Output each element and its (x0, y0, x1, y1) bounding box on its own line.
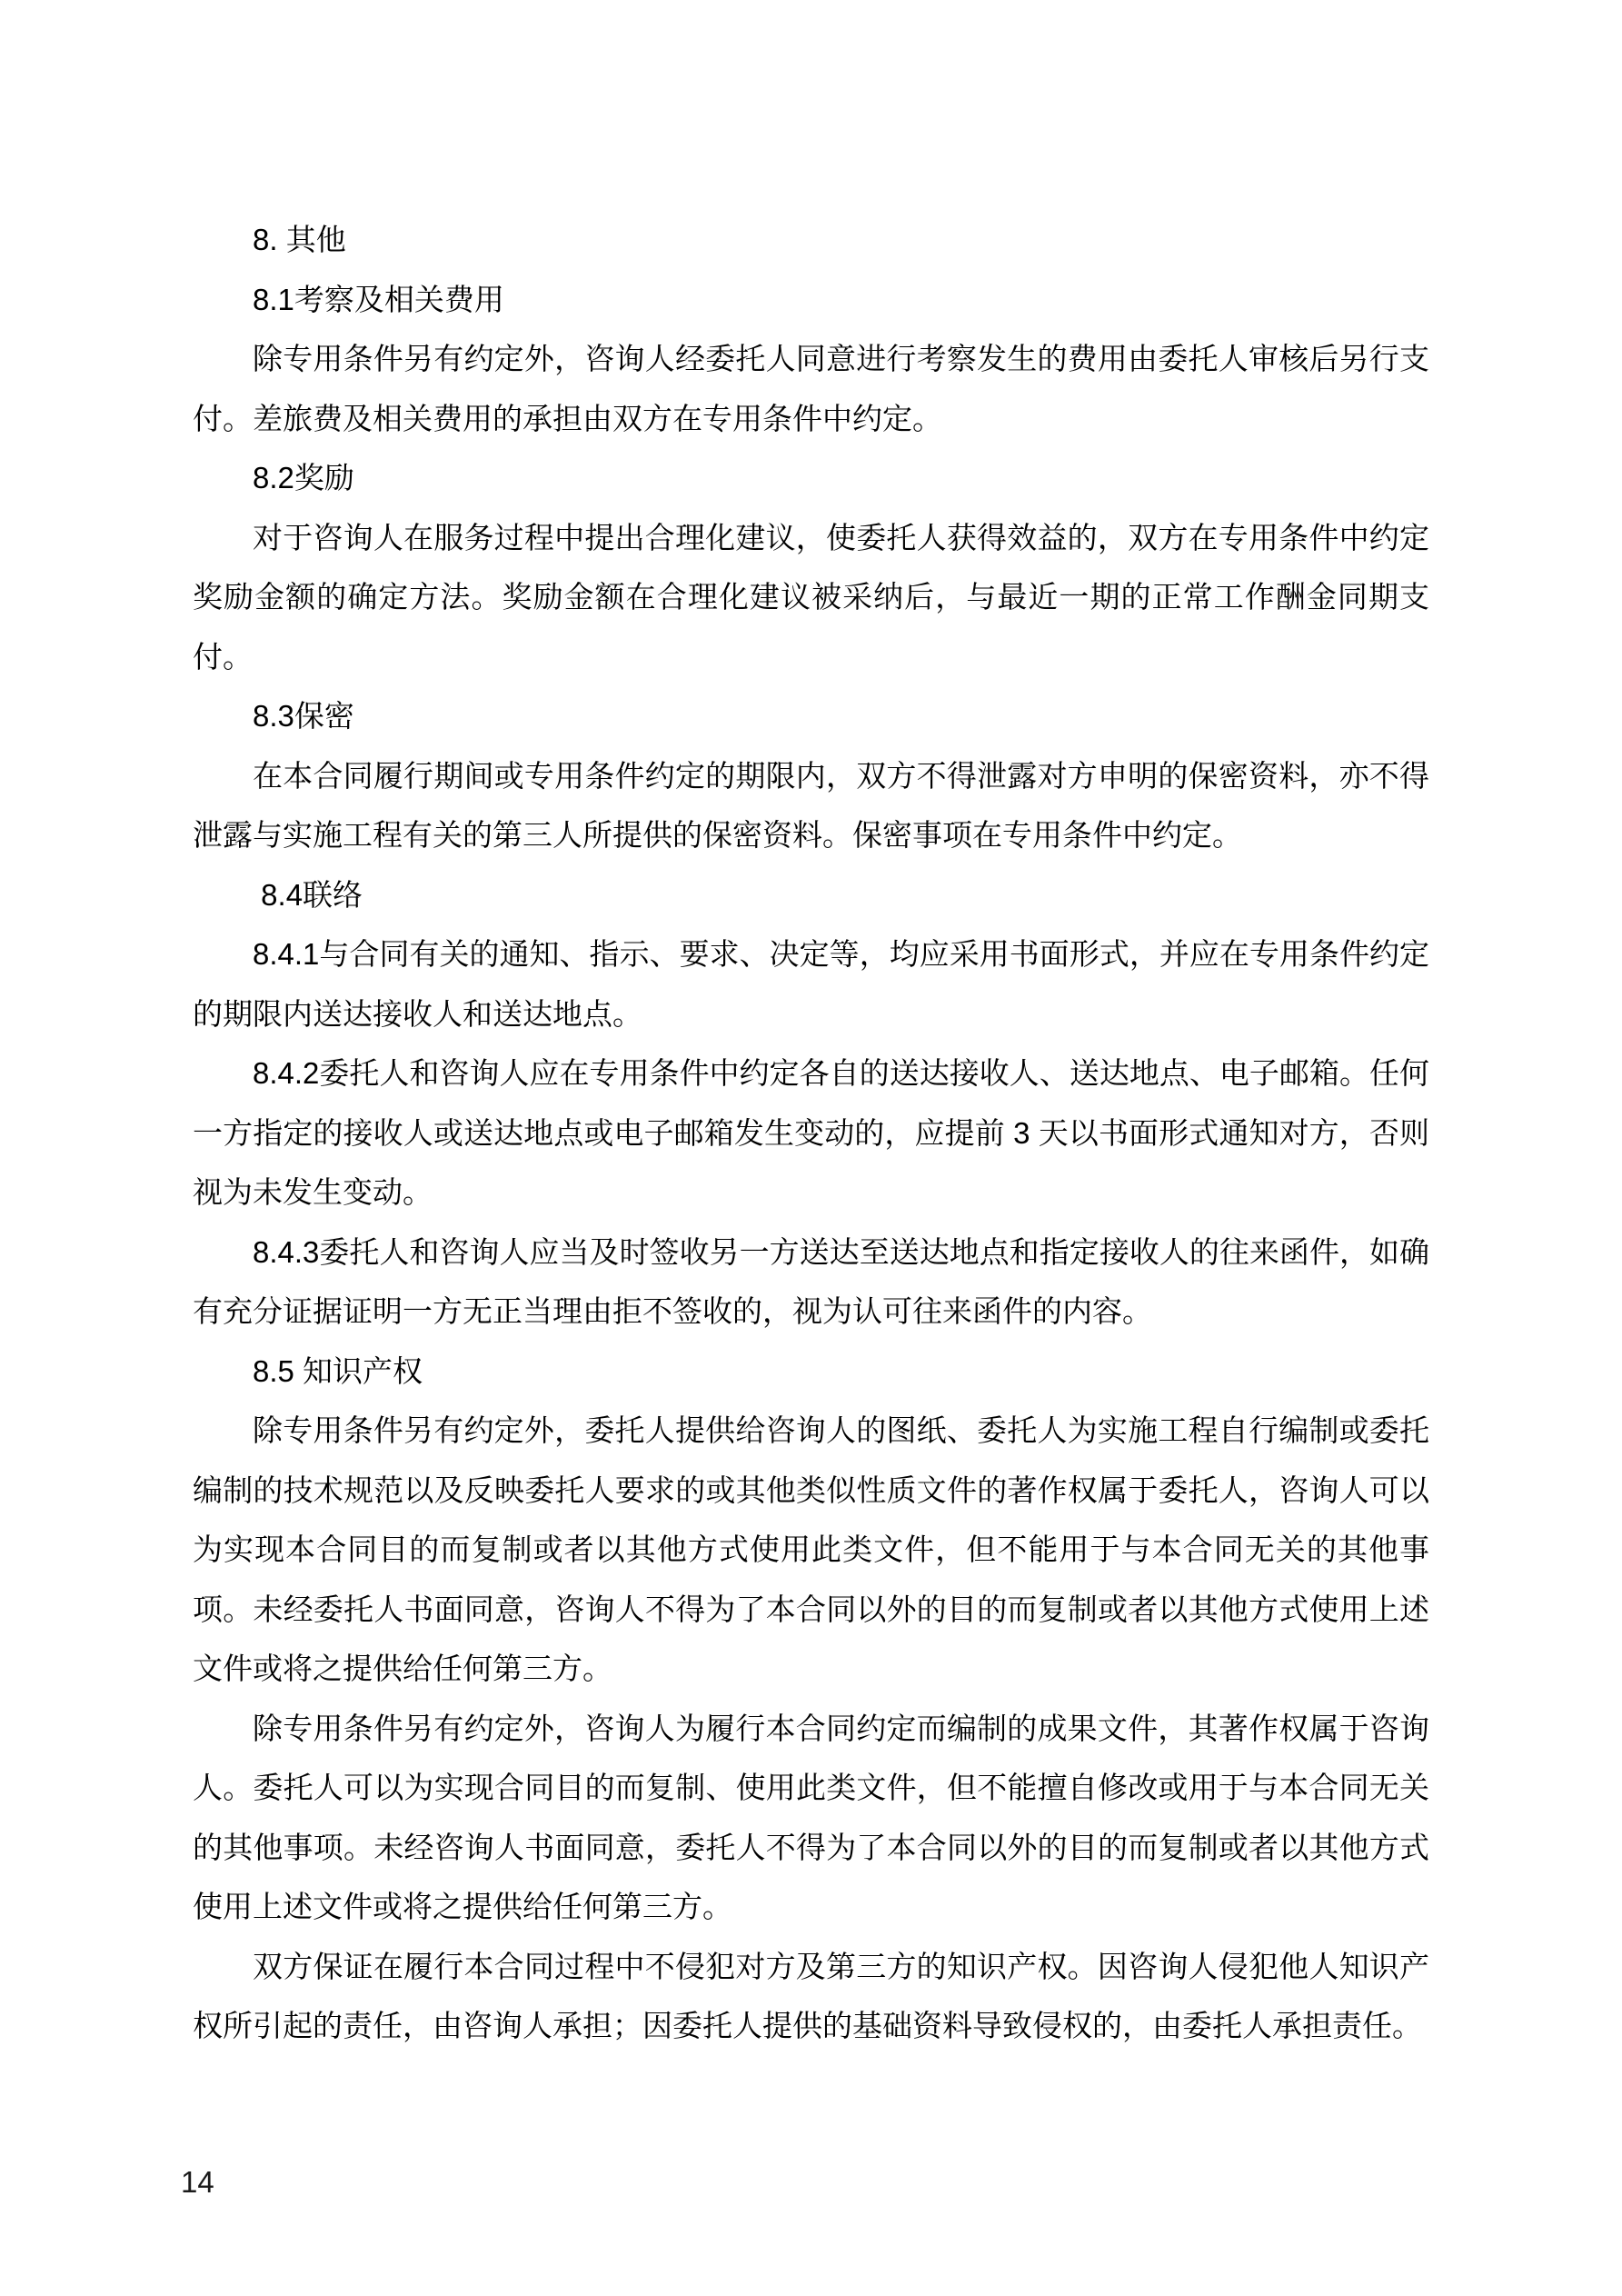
text-line: 除专用条件另有约定外，咨询人为履行本合同约定而编制的成果文件，其著作权属于咨询 (193, 1699, 1429, 1759)
text-line: 付。差旅费及相关费用的承担由双方在专用条件中约定。 (193, 389, 1429, 449)
text-line: 付。 (193, 627, 1429, 687)
text-line: 项。未经委托人书面同意，咨询人不得为了本合同以外的目的而复制或者以其他方式使用上… (193, 1580, 1429, 1640)
text-line: 8.4.1与合同有关的通知、指示、要求、决定等，均应采用书面形式，并应在专用条件… (193, 924, 1429, 984)
text-line: 8.1考察及相关费用 (193, 270, 1429, 330)
text-line: 8.4.3委托人和咨询人应当及时签收另一方送达至送达地点和指定接收人的往来函件，… (193, 1223, 1429, 1283)
text-line: 编制的技术规范以及反映委托人要求的或其他类似性质文件的著作权属于委托人，咨询人可… (193, 1461, 1429, 1521)
text-line: 在本合同履行期间或专用条件约定的期限内，双方不得泄露对方申明的保密资料，亦不得 (193, 746, 1429, 806)
text-line: 视为未发生变动。 (193, 1163, 1429, 1223)
text-line: 双方保证在履行本合同过程中不侵犯对方及第三方的知识产权。因咨询人侵犯他人知识产 (193, 1937, 1429, 1997)
text-line: 除专用条件另有约定外，咨询人经委托人同意进行考察发生的费用由委托人审核后另行支 (193, 329, 1429, 389)
text-line: 有充分证据证明一方无正当理由拒不签收的，视为认可往来函件的内容。 (193, 1282, 1429, 1342)
text-line: 的其他事项。未经咨询人书面同意，委托人不得为了本合同以外的目的而复制或者以其他方… (193, 1818, 1429, 1878)
text-line: 的期限内送达接收人和送达地点。 (193, 984, 1429, 1044)
text-line: 除专用条件另有约定外，委托人提供给咨询人的图纸、委托人为实施工程自行编制或委托 (193, 1401, 1429, 1461)
page-number: 14 (181, 2166, 214, 2199)
text-line: 一方指定的接收人或送达地点或电子邮箱发生变动的，应提前 3 天以书面形式通知对方… (193, 1103, 1429, 1163)
text-line: 人。委托人可以为实现合同目的而复制、使用此类文件，但不能擅自修改或用于与本合同无… (193, 1758, 1429, 1818)
text-line: 8. 其他 (193, 210, 1429, 270)
text-line: 奖励金额的确定方法。奖励金额在合理化建议被采纳后，与最近一期的正常工作酬金同期支 (193, 567, 1429, 627)
text-line: 文件或将之提供给任何第三方。 (193, 1639, 1429, 1699)
text-lines: 8. 其他8.1考察及相关费用除专用条件另有约定外，咨询人经委托人同意进行考察发… (193, 210, 1429, 2056)
text-line: 8.3保密 (193, 686, 1429, 746)
text-line: 8.5 知识产权 (193, 1342, 1429, 1402)
text-line: 对于咨询人在服务过程中提出合理化建议，使委托人获得效益的，双方在专用条件中约定 (193, 508, 1429, 568)
text-line: 泄露与实施工程有关的第三人所提供的保密资料。保密事项在专用条件中约定。 (193, 805, 1429, 865)
text-line: 8.2奖励 (193, 448, 1429, 508)
text-line: 使用上述文件或将之提供给任何第三方。 (193, 1877, 1429, 1937)
text-line: 8.4联络 (193, 865, 1429, 925)
text-line: 权所引起的责任，由咨询人承担；因委托人提供的基础资料导致侵权的，由委托人承担责任… (193, 1996, 1429, 2056)
text-line: 8.4.2委托人和咨询人应在专用条件中约定各自的送达接收人、送达地点、电子邮箱。… (193, 1043, 1429, 1103)
document-page: 8. 其他8.1考察及相关费用除专用条件另有约定外，咨询人经委托人同意进行考察发… (0, 0, 1622, 2296)
text-line: 为实现本合同目的而复制或者以其他方式使用此类文件，但不能用于与本合同无关的其他事 (193, 1520, 1429, 1580)
